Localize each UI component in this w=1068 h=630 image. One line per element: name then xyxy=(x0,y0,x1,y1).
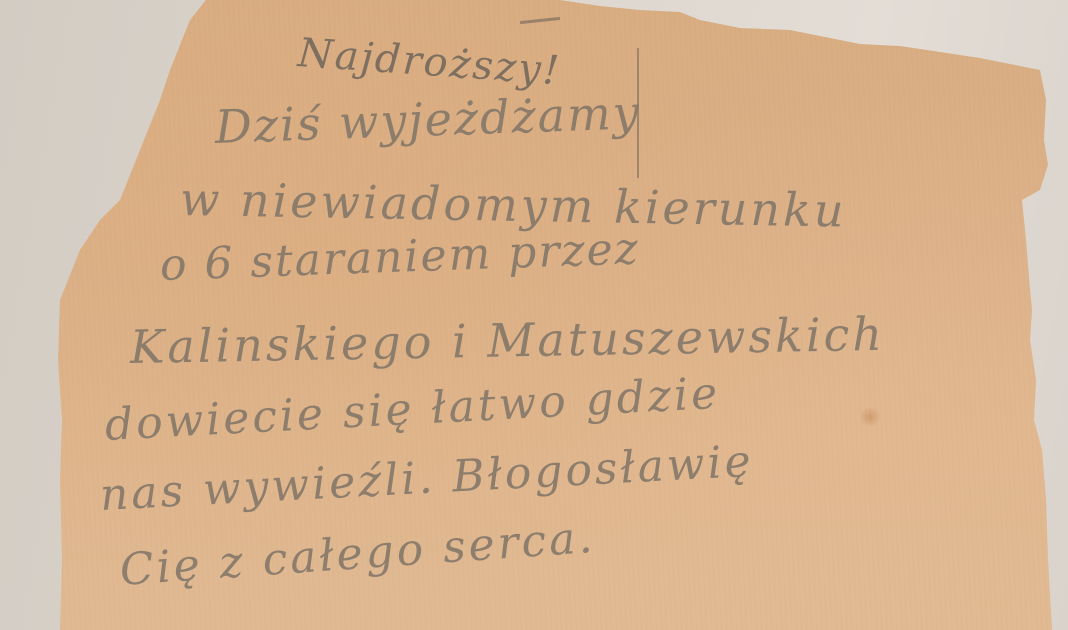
paper-stain xyxy=(858,408,882,426)
